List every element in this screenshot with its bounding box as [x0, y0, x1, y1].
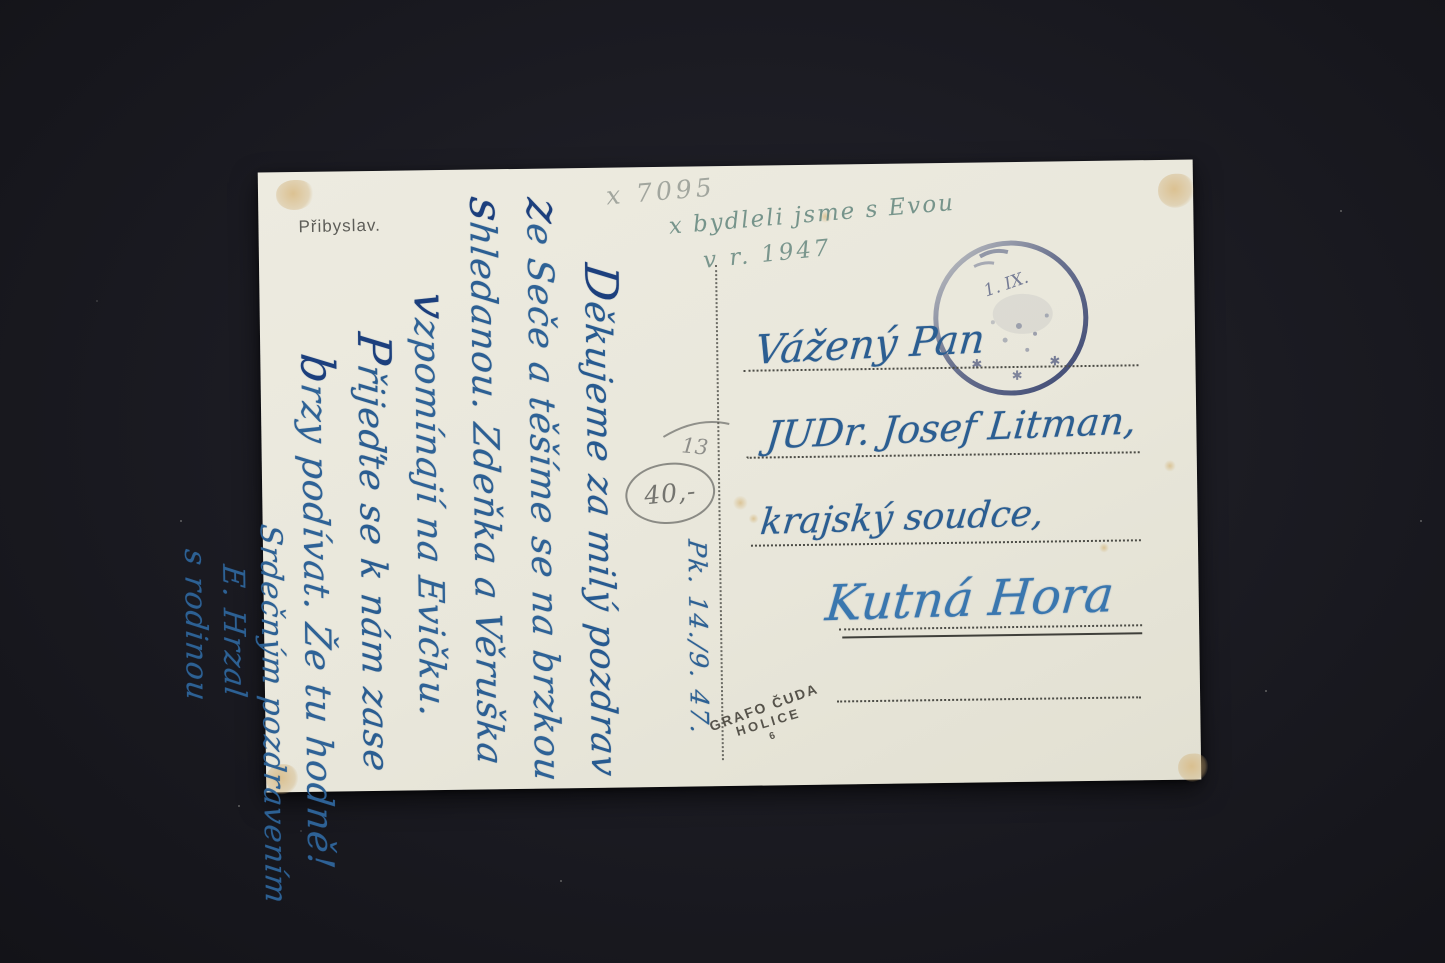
message-line: ze Seče a těšíme se na brzkou	[512, 190, 577, 796]
postmark-star: ✱	[1012, 368, 1023, 383]
message-line: shledanou. Zdeňka a Věruška	[455, 190, 520, 796]
message-line: vzpomínají na Evičku.	[398, 191, 463, 797]
pencil-price-circled: 40,-	[622, 458, 718, 528]
address-recipient-name: JUDr. Josef Litman,	[764, 398, 1138, 457]
message-line: Přijeďte se k nám zase	[341, 192, 406, 798]
address-ruled-line-5	[837, 696, 1141, 702]
dust-speck	[560, 880, 562, 882]
postcard-back: Přibyslav. Děkujeme za milý pozdrav ze S…	[258, 160, 1202, 793]
foxing-stain	[732, 496, 748, 510]
foxing-stain	[1164, 460, 1176, 472]
dust-speck	[96, 300, 98, 302]
foxing-stain	[749, 514, 759, 524]
dust-speck	[238, 805, 240, 807]
address-divider-line	[715, 265, 724, 760]
adhesive-residue-top-right	[1158, 173, 1194, 207]
publisher-stamp: GRAFO ČUDA HOLICE 6	[690, 679, 847, 765]
address-city: Kutná Hora	[823, 566, 1116, 632]
dust-speck	[1340, 210, 1342, 212]
pencil-catalog-number: x 7095	[605, 172, 717, 210]
pencil-swoosh-mark	[661, 414, 731, 441]
message-line: brzy podívat. Že tu hodně!	[284, 193, 349, 799]
pencil-price-value: 40,-	[643, 476, 698, 510]
address-underline	[842, 632, 1142, 638]
dust-speck	[1265, 690, 1267, 692]
pencil-note-line2: v r. 1947	[702, 235, 833, 274]
foxing-stain	[1099, 543, 1109, 553]
handwritten-message: Děkujeme za milý pozdrav ze Seče a těším…	[266, 191, 634, 796]
address-recipient-title: krajský soudce,	[758, 493, 1045, 543]
adhesive-residue-bottom-right	[1178, 753, 1208, 781]
dust-speck	[1420, 520, 1422, 522]
